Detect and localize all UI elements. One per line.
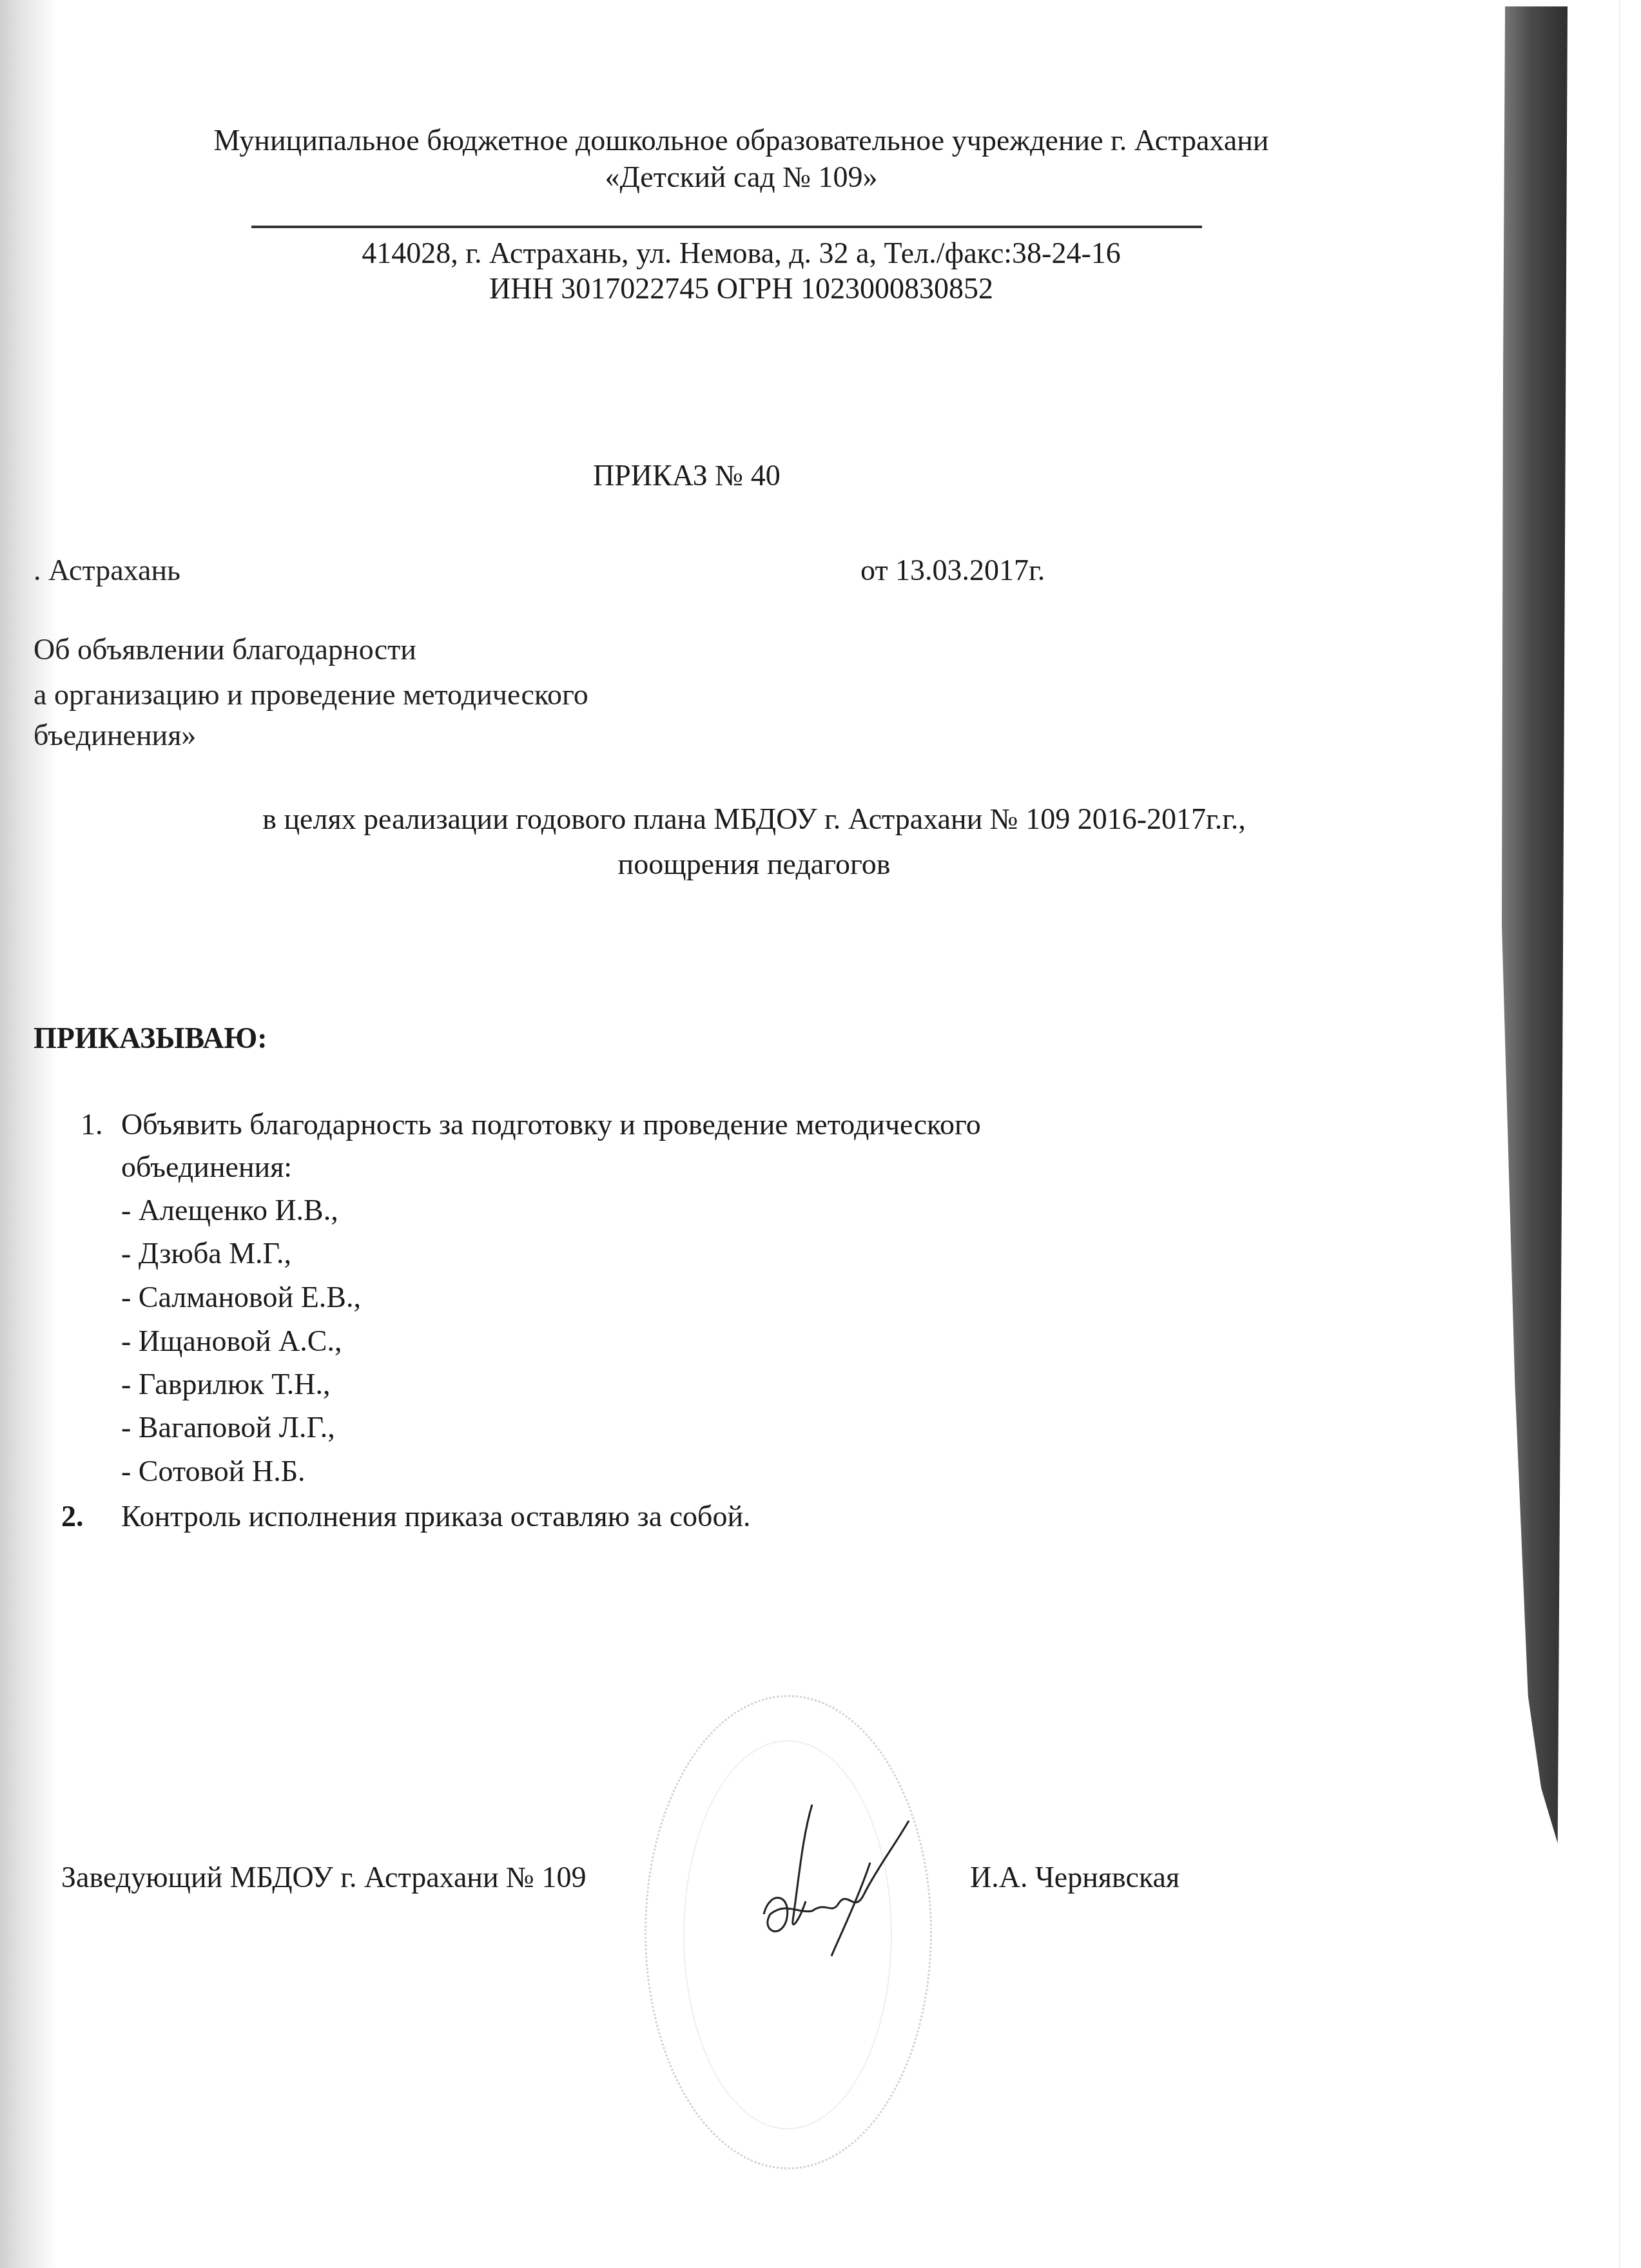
org-short-name: «Детский сад № 109» [0,162,1482,192]
item-number: 2. [61,1502,84,1531]
org-name: Муниципальное бюджетное дошкольное образ… [0,126,1482,155]
scan-right-edge [1619,0,1620,2268]
recipient-name: - Дзюба М.Г., [121,1239,291,1268]
signatory-position: Заведующий МБДОУ г. Астрахани № 109 [61,1863,586,1892]
letterhead-divider [251,226,1202,228]
item-number: 1. [81,1110,103,1139]
subject-line: а организацию и проведение методического [34,680,588,710]
handwritten-signature-icon [741,1792,928,1966]
recipient-name: - Вагаповой Л.Г., [121,1413,335,1442]
recipient-name: - Салмановой Е.В., [121,1283,361,1312]
preamble-line: поощрения педагогов [13,849,1495,879]
item-text: объединения: [121,1152,292,1182]
order-date: от 13.03.2017г. [860,556,1045,585]
recipient-name: - Гаврилюк Т.Н., [121,1370,330,1399]
item-text: Объявить благодарность за подготовку и п… [121,1110,981,1139]
org-address: 414028, г. Астрахань, ул. Немова, д. 32 … [0,238,1482,268]
item-text: Контроль исполнения приказа оставляю за … [121,1502,751,1531]
org-registry: ИНН 3017022745 ОГРН 1023000830852 [0,274,1482,304]
subject-line: бъединения» [34,721,196,750]
recipient-name: - Сотовой Н.Б. [121,1457,306,1486]
directive-heading: ПРИКАЗЫВАЮ: [34,1023,267,1053]
subject-line: Об объявлении благодарности [34,635,416,664]
preamble-line: в целях реализации годового плана МБДОУ … [13,804,1495,834]
order-city: . Астрахань [34,556,180,585]
signatory-name: И.А. Чернявская [970,1863,1180,1892]
order-title: ПРИКАЗ № 40 [593,461,781,490]
recipient-name: - Ищановой А.С., [121,1326,342,1356]
scan-left-shadow [0,0,58,2268]
scan-dark-bar [1502,6,1568,1843]
recipient-name: - Алещенко И.В., [121,1196,338,1225]
